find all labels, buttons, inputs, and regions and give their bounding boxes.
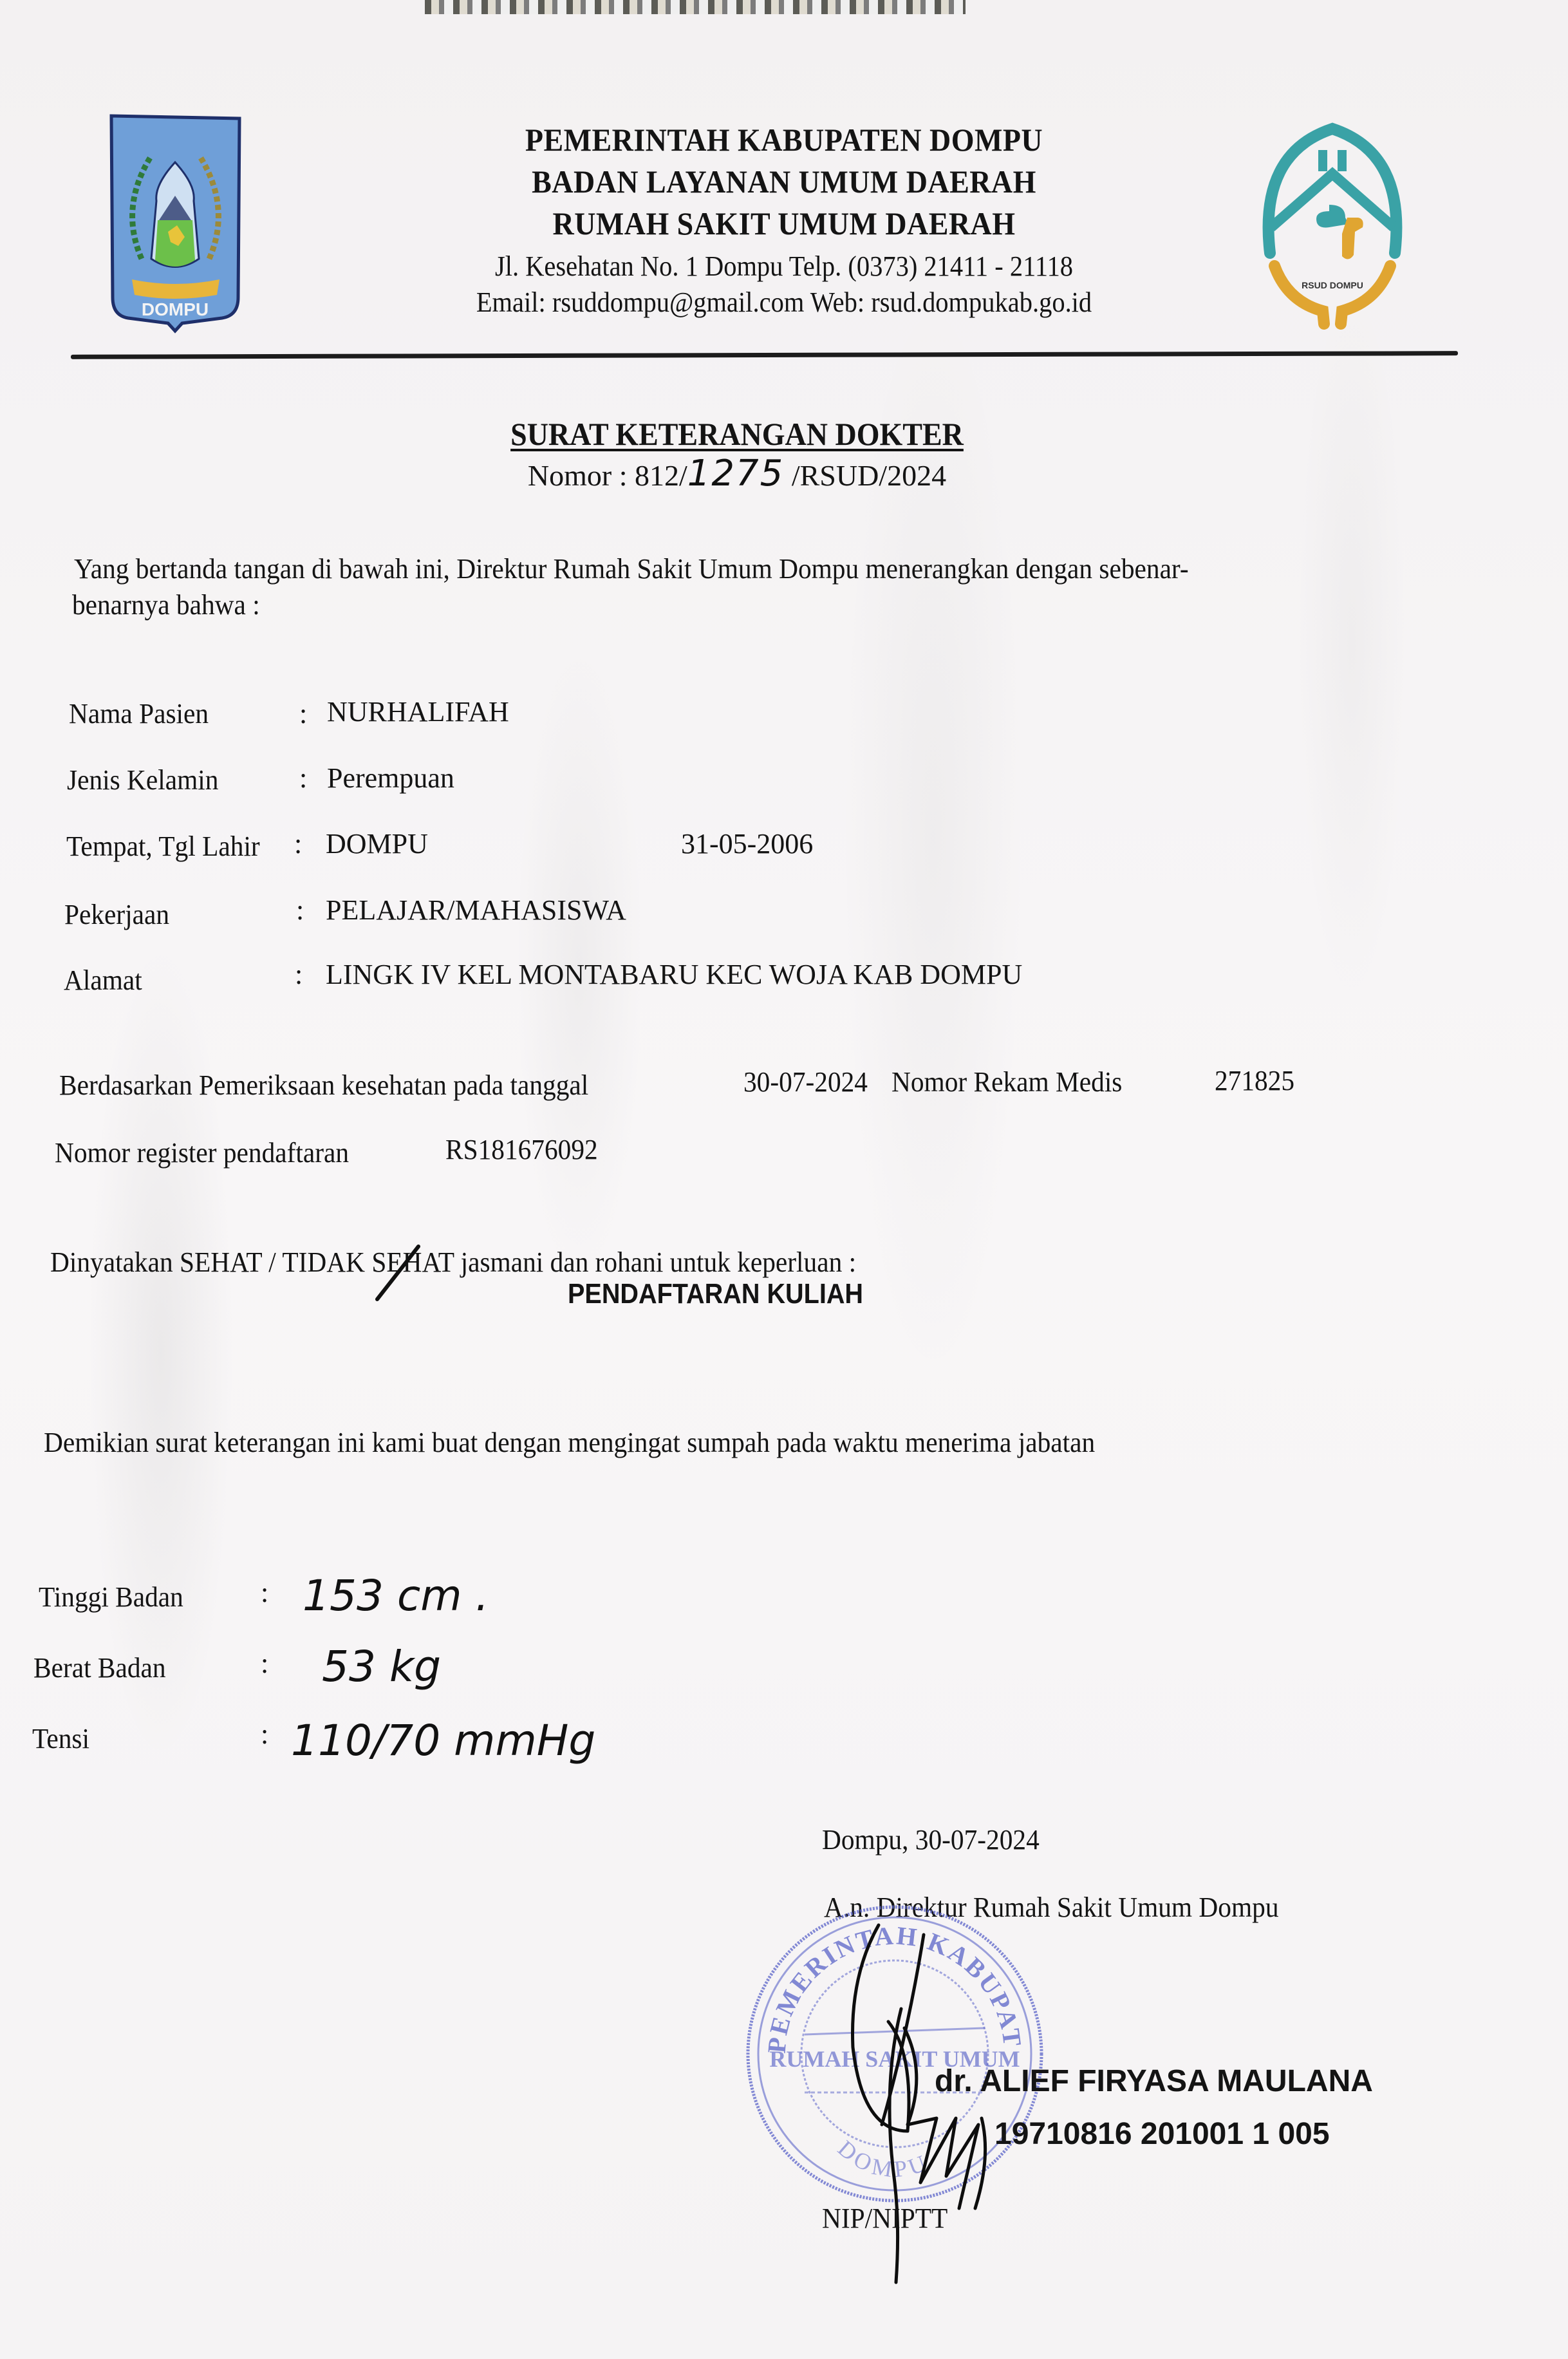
field-value-birth-date: 31-05-2006: [681, 827, 813, 860]
register-label: Nomor register pendaftaran: [55, 1136, 349, 1169]
closing-statement: Demikian surat keterangan ini kami buat …: [44, 1426, 1095, 1459]
vital-label-height: Tinggi Badan: [39, 1581, 183, 1613]
field-label-gender: Jenis Kelamin: [67, 764, 218, 796]
document-number: Nomor : 812/1275 /RSUD/2024: [0, 453, 1474, 494]
field-colon: :: [296, 894, 304, 926]
field-label-name: Nama Pasien: [69, 697, 209, 730]
field-label-address: Alamat: [64, 964, 142, 997]
health-statement: Dinyatakan SEHAT / TIDAK SEHAT jasmani d…: [50, 1246, 856, 1279]
signer-id-number: 19710816 201001 1 005: [994, 2116, 1330, 2152]
field-colon: :: [261, 1576, 268, 1609]
vital-label-weight: Berat Badan: [33, 1651, 166, 1684]
field-colon: :: [261, 1647, 268, 1680]
field-label-birth: Tempat, Tgl Lahir: [66, 830, 260, 863]
place-date: Dompu, 30-07-2024: [822, 1823, 1040, 1856]
field-value-occupation: PELAJAR/MAHASISWA: [326, 894, 626, 926]
exam-date: 30-07-2024: [743, 1066, 868, 1098]
document-number-handwritten: 1275: [687, 453, 785, 494]
header-address: Jl. Kesehatan No. 1 Dompu Telp. (0373) 2…: [62, 250, 1505, 283]
header-hospital: RUMAH SAKIT UMUM DAERAH: [62, 205, 1505, 242]
scan-edge-artifact: [425, 0, 966, 14]
field-colon: :: [299, 697, 307, 730]
header-agency: BADAN LAYANAN UMUM DAERAH: [62, 163, 1505, 200]
vital-value-height: 153 cm .: [303, 1571, 489, 1621]
field-colon: :: [261, 1718, 268, 1751]
field-value-gender: Perempuan: [327, 762, 454, 794]
header-contact: Email: rsuddompu@gmail.com Web: rsud.dom…: [62, 286, 1505, 319]
field-colon: :: [299, 762, 307, 794]
intro-line-1: Yang bertanda tangan di bawah ini, Direk…: [74, 552, 1189, 585]
document-number-prefix: Nomor : 812/: [528, 459, 687, 492]
register-number: RS181676092: [445, 1133, 598, 1166]
header-government: PEMERINTAH KABUPATEN DOMPU: [62, 121, 1505, 158]
medical-record-number: 271825: [1215, 1064, 1294, 1097]
field-colon: :: [295, 958, 303, 991]
vital-value-blood-pressure: 110/70 mmHg: [291, 1716, 595, 1765]
field-value-name: NURHALIFAH: [327, 695, 509, 728]
signer-id-label: NIP/NIPTT: [822, 2202, 947, 2235]
vital-label-blood-pressure: Tensi: [32, 1722, 89, 1755]
intro-line-2: benarnya bahwa :: [72, 588, 260, 621]
document-title: SURAT KETERANGAN DOKTER: [59, 415, 1415, 453]
field-value-address: LINGK IV KEL MONTABARU KEC WOJA KAB DOMP…: [326, 958, 1022, 991]
purpose: PENDAFTARAN KULIAH: [568, 1278, 863, 1310]
document-number-suffix: /RSUD/2024: [784, 459, 946, 492]
medical-record-label: Nomor Rekam Medis: [891, 1066, 1122, 1098]
vital-value-weight: 53 kg: [322, 1642, 441, 1691]
field-value-birth-place: DOMPU: [326, 827, 428, 860]
exam-date-label: Berdasarkan Pemeriksaan kesehatan pada t…: [59, 1069, 588, 1102]
field-label-occupation: Pekerjaan: [64, 898, 169, 931]
signer-name: dr. ALIEF FIRYASA MAULANA: [935, 2063, 1373, 2099]
field-colon: :: [294, 827, 302, 860]
